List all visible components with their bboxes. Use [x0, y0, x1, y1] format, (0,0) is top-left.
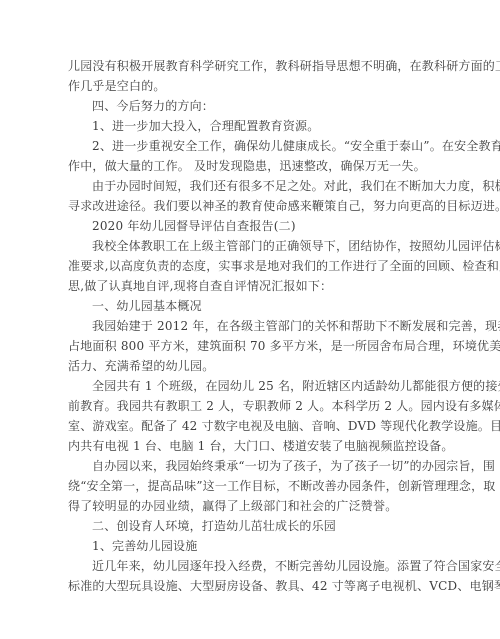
document-line: 我校全体教职工在上级主管部门的正确领导下，团结协作，按照幼儿园评估标 — [68, 236, 438, 256]
document-text-block: 儿园没有积极开展教育科学研究工作，教科研指导思想不明确，在教科研方面的工作几乎是… — [68, 56, 438, 596]
document-line: 占地面积 800 平方米，建筑面积 70 多平方米，是一所园舍布局合理，环境优美… — [68, 336, 438, 356]
document-line: 内共有电视 1 台、电脑 1 台，大门口、楼道安装了电脑视频监控设备。 — [68, 436, 438, 456]
document-line: 1、进一步加大投入，合理配置教育资源。 — [68, 116, 438, 136]
document-line: 活力、充满希望的幼儿园。 — [68, 356, 438, 376]
document-line: 准要求,以高度负责的态度，实事求是地对我们的工作进行了全面的回顾、检查和反 — [68, 256, 438, 276]
document-line: 思,做了认真地自评,现将自查自评情况汇报如下： — [68, 276, 438, 296]
document-page: 儿园没有积极开展教育科学研究工作，教科研指导思想不明确，在教科研方面的工作几乎是… — [0, 0, 500, 639]
document-line: 标准的大型玩具设施、大型厨房设备、教具、42 寸等离子电视机、VCD、电钢琴、 — [68, 576, 438, 596]
document-line: 作中，做大量的工作。 及时发现隐患，迅速整改，确保万无一失。 — [68, 156, 438, 176]
document-line: 2020 年幼儿园督导评估自查报告(二) — [68, 216, 438, 236]
document-line: 儿园没有积极开展教育科学研究工作，教科研指导思想不明确，在教科研方面的工 — [68, 56, 438, 76]
document-line: 前教育。我园共有教职工 2 人，专职教师 2 人。本科学历 2 人。园内设有多媒… — [68, 396, 438, 416]
document-line: 二、创设育人环境，打造幼儿茁壮成长的乐园 — [68, 516, 438, 536]
document-line: 2、进一步重视安全工作，确保幼儿健康成长。“安全重于泰山”。在安全教育工 — [68, 136, 438, 156]
document-line: 作几乎是空白的。 — [68, 76, 438, 96]
document-line: 近几年来，幼儿园逐年投入经费，不断完善幼儿园设施。添置了符合国家安全 — [68, 556, 438, 576]
document-line: 一、幼儿园基本概况 — [68, 296, 438, 316]
document-line: 自办园以来，我园始终秉承“一切为了孩子，为了孩子一切”的办园宗旨，围 — [68, 456, 438, 476]
document-line: 室、游戏室。配备了 42 寸数字电视及电脑、音响、DVD 等现代化教学设施。目前… — [68, 416, 438, 436]
document-line: 寻求改进途径。我们要以神圣的教育使命感来鞭策自己，努力向更高的目标迈进。 — [68, 196, 438, 216]
document-line: 全园共有 1 个班级，在园幼儿 25 名，附近辖区内适龄幼儿都能很方便的接受学 — [68, 376, 438, 396]
document-line: 由于办园时间短，我们还有很多不足之处。对此，我们在不断加大力度，积极 — [68, 176, 438, 196]
document-line: 四、今后努力的方向： — [68, 96, 438, 116]
document-line: 得了较明显的办园业绩，赢得了上级部门和社会的广泛赞誉。 — [68, 496, 438, 516]
document-line: 绕“安全第一，提高品味”这一工作目标，不断改善办园条件，创新管理理念，取 — [68, 476, 438, 496]
document-line: 我园始建于 2012 年，在各级主管部门的关怀和帮助下不断发展和完善，现我园 — [68, 316, 438, 336]
document-line: 1、完善幼儿园设施 — [68, 536, 438, 556]
